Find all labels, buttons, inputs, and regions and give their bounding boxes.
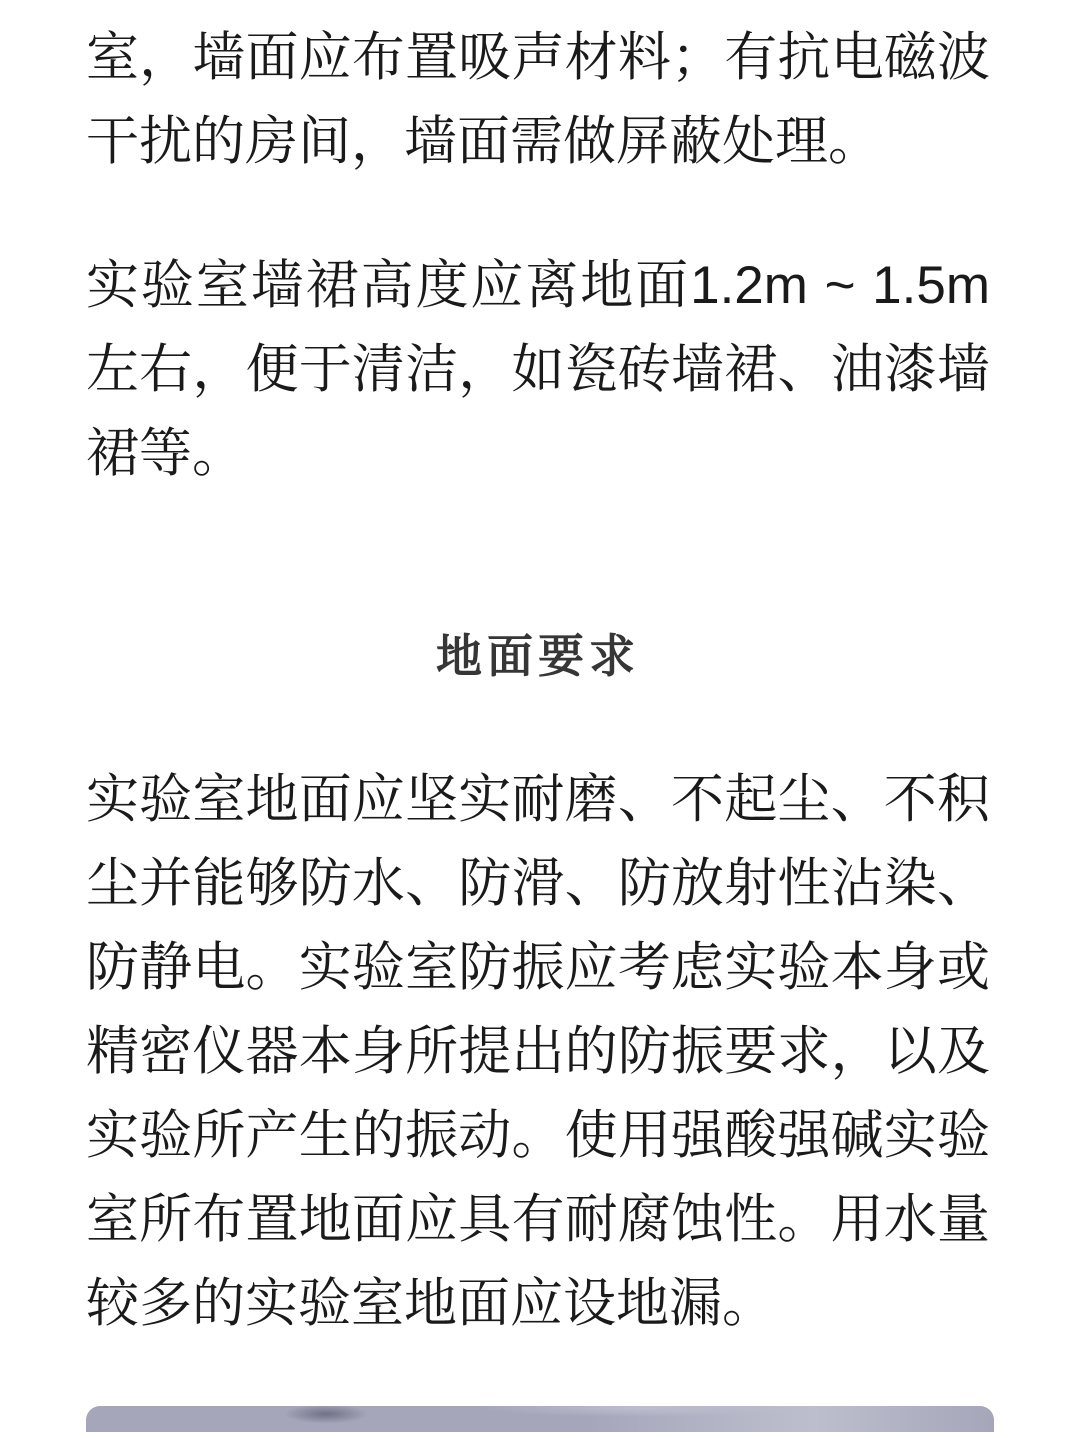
text-line: 室，墙面应布置吸声材料；有抗电磁波	[86, 16, 990, 100]
text-line: 实验室墙裙高度应离地面1.2m ~ 1.5m	[86, 244, 990, 328]
text-line: 左右，便于清洁，如瓷砖墙裙、油漆墙	[86, 328, 990, 412]
paragraph: 室，墙面应布置吸声材料；有抗电磁波干扰的房间，墙面需做屏蔽处理。	[86, 16, 990, 184]
paragraph: 实验室墙裙高度应离地面1.2m ~ 1.5m左右，便于清洁，如瓷砖墙裙、油漆墙裙…	[86, 244, 990, 496]
inline-image-preview[interactable]	[86, 1406, 994, 1432]
article-page: { "page": { "background_color": "#ffffff…	[0, 0, 1078, 1438]
text-line: 室所布置地面应具有耐腐蚀性。用水量	[86, 1178, 990, 1262]
section-heading: 地面要求	[86, 614, 990, 698]
paragraph: 实验室地面应坚实耐磨、不起尘、不积尘并能够防水、防滑、防放射性沾染、防静电。实验…	[86, 758, 990, 1346]
text-line: 裙等。	[86, 412, 990, 496]
text-line: 尘并能够防水、防滑、防放射性沾染、	[86, 842, 990, 926]
text-line: 精密仪器本身所提出的防振要求，以及	[86, 1010, 990, 1094]
article-body: 室，墙面应布置吸声材料；有抗电磁波干扰的房间，墙面需做屏蔽处理。实验室墙裙高度应…	[0, 0, 1078, 1432]
text-line: 防静电。实验室防振应考虑实验本身或	[86, 926, 990, 1010]
text-line: 较多的实验室地面应设地漏。	[86, 1262, 990, 1346]
text-line: 实验室地面应坚实耐磨、不起尘、不积	[86, 758, 990, 842]
text-line: 干扰的房间，墙面需做屏蔽处理。	[86, 100, 990, 184]
text-line: 实验所产生的振动。使用强酸强碱实验	[86, 1094, 990, 1178]
